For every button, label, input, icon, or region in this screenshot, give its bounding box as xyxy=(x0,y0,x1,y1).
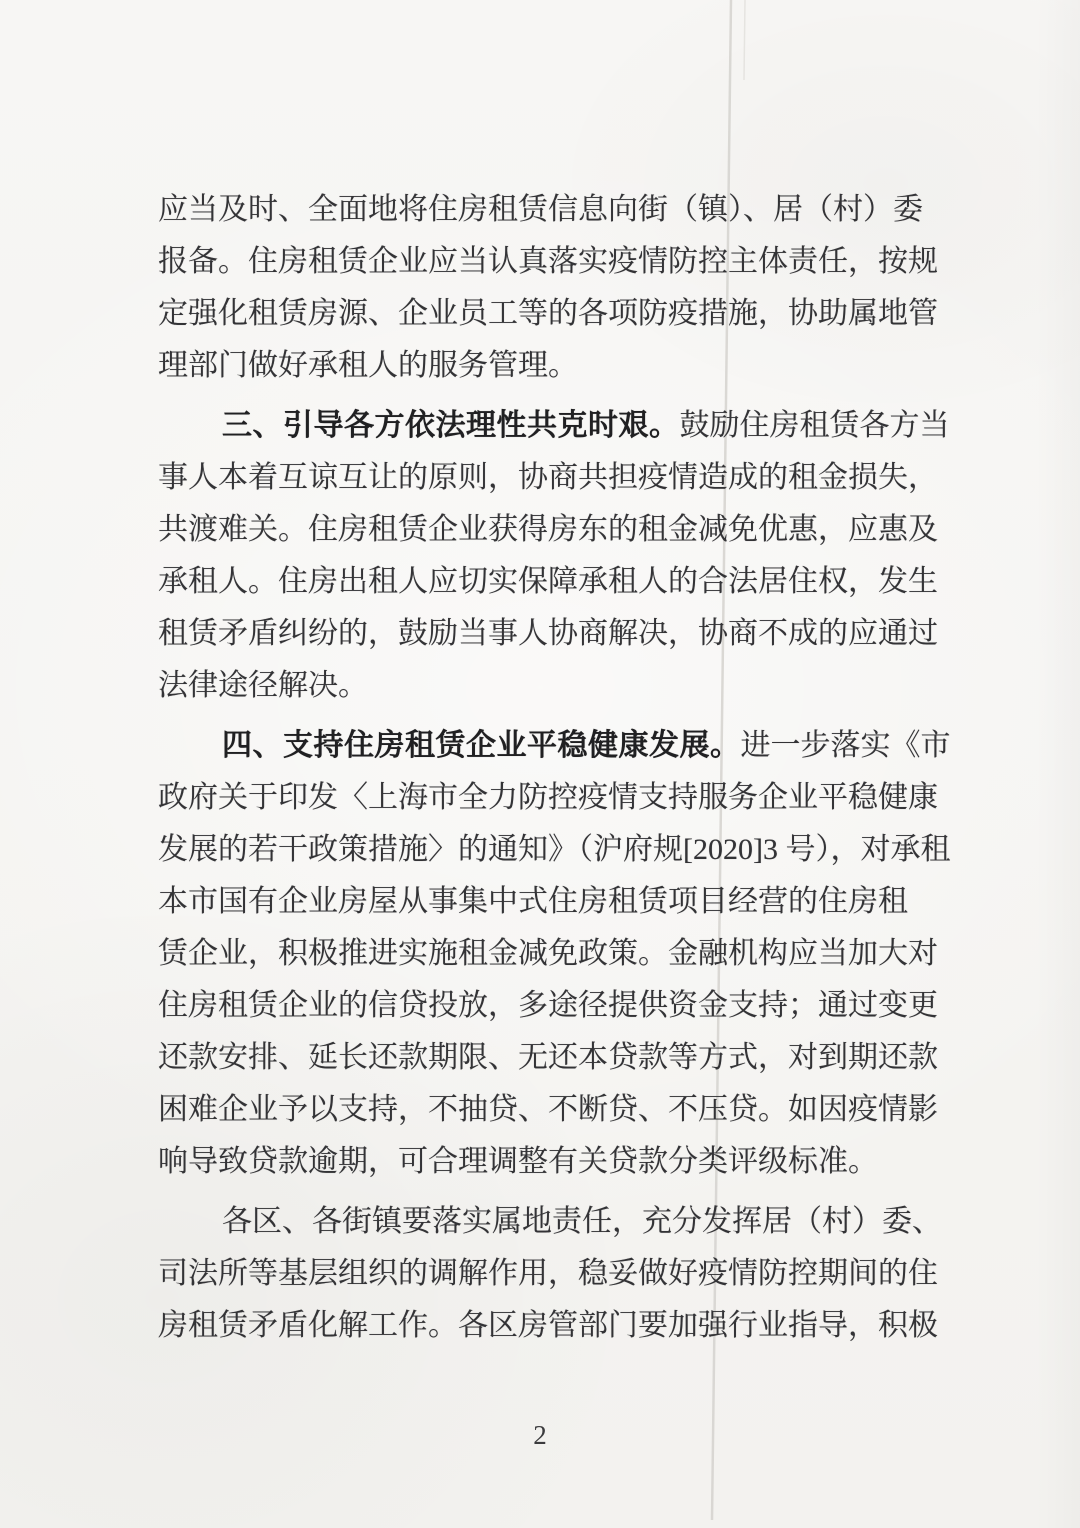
body-text: 困难企业予以支持，不抽贷、不断贷、不压贷。如因疫情影 xyxy=(158,1093,938,1126)
body-text: 理部门做好承租人的服务管理。 xyxy=(158,349,578,382)
scanned-document-page: 应当及时、全面地将住房租赁信息向街（镇）、居（村）委 报备。住房租赁企业应当认真… xyxy=(0,0,1080,1528)
body-text: 响导致贷款逾期，可合理调整有关贷款分类评级标准。 xyxy=(158,1145,878,1178)
body-text: 事人本着互谅互让的原则，协商共担疫情造成的租金损失， xyxy=(158,461,938,494)
document-line: 报备。住房租赁企业应当认真落实疫情防控主体责任，按规 xyxy=(158,236,948,288)
document-line: 法律途径解决。 xyxy=(158,660,948,712)
body-text: 共渡难关。住房租赁企业获得房东的租金减免优惠，应惠及 xyxy=(158,513,938,546)
body-text: 各区、各街镇要落实属地责任，充分发挥居（村）委、 xyxy=(222,1205,942,1238)
document-line: 共渡难关。住房租赁企业获得房东的租金减免优惠，应惠及 xyxy=(158,504,948,556)
document-line: 承租人。住房出租人应切实保障承租人的合法居住权，发生 xyxy=(158,556,948,608)
body-text: 住房租赁企业的信贷投放，多途径提供资金支持；通过变更 xyxy=(158,989,938,1022)
body-text: 政府关于印发〈上海市全力防控疫情支持服务企业平稳健康 xyxy=(158,781,938,814)
page-number: 2 xyxy=(0,1420,1080,1451)
body-text: 进一步落实《市 xyxy=(741,729,951,762)
document-line-paragraph-start: 各区、各街镇要落实属地责任，充分发挥居（村）委、 xyxy=(158,1196,948,1248)
document-line: 租赁矛盾纠纷的，鼓励当事人协商解决，协商不成的应通过 xyxy=(158,608,948,660)
heading-text: 四、支持住房租赁企业平稳健康发展。 xyxy=(222,729,741,762)
body-text: 还款安排、延长还款期限、无还本贷款等方式，对到期还款 xyxy=(158,1041,938,1074)
document-line: 司法所等基层组织的调解作用，稳妥做好疫情防控期间的住 xyxy=(158,1248,948,1300)
document-body: 应当及时、全面地将住房租赁信息向街（镇）、居（村）委 报备。住房租赁企业应当认真… xyxy=(158,184,948,1352)
document-line: 发展的若干政策措施〉的通知》（沪府规[2020]3 号），对承租 xyxy=(158,824,948,876)
document-line: 政府关于印发〈上海市全力防控疫情支持服务企业平稳健康 xyxy=(158,772,948,824)
body-text: 鼓励住房租赁各方当 xyxy=(680,409,950,442)
document-line: 困难企业予以支持，不抽贷、不断贷、不压贷。如因疫情影 xyxy=(158,1084,948,1136)
body-text: 承租人。住房出租人应切实保障承租人的合法居住权，发生 xyxy=(158,565,938,598)
body-text: 房租赁矛盾化解工作。各区房管部门要加强行业指导，积极 xyxy=(158,1309,938,1342)
document-line: 住房租赁企业的信贷投放，多途径提供资金支持；通过变更 xyxy=(158,980,948,1032)
document-line: 赁企业，积极推进实施租金减免政策。金融机构应当加大对 xyxy=(158,928,948,980)
document-line: 定强化租赁房源、企业员工等的各项防疫措施，协助属地管 xyxy=(158,288,948,340)
document-line: 理部门做好承租人的服务管理。 xyxy=(158,340,948,392)
heading-text: 三、引导各方依法理性共克时艰。 xyxy=(222,409,680,442)
document-line: 响导致贷款逾期，可合理调整有关贷款分类评级标准。 xyxy=(158,1136,948,1188)
body-text: 本市国有企业房屋从事集中式住房租赁项目经营的住房租 xyxy=(158,885,908,918)
body-text: 赁企业，积极推进实施租金减免政策。金融机构应当加大对 xyxy=(158,937,938,970)
document-line: 事人本着互谅互让的原则，协商共担疫情造成的租金损失， xyxy=(158,452,948,504)
body-text: 法律途径解决。 xyxy=(158,669,368,702)
body-text: 报备。住房租赁企业应当认真落实疫情防控主体责任，按规 xyxy=(158,245,938,278)
document-line-section-4-heading: 四、支持住房租赁企业平稳健康发展。进一步落实《市 xyxy=(158,720,948,772)
body-text: 租赁矛盾纠纷的，鼓励当事人协商解决，协商不成的应通过 xyxy=(158,617,938,650)
document-line: 本市国有企业房屋从事集中式住房租赁项目经营的住房租 xyxy=(158,876,948,928)
body-text: 应当及时、全面地将住房租赁信息向街（镇）、居（村）委 xyxy=(158,193,923,226)
document-line: 还款安排、延长还款期限、无还本贷款等方式，对到期还款 xyxy=(158,1032,948,1084)
body-text: 定强化租赁房源、企业员工等的各项防疫措施，协助属地管 xyxy=(158,297,938,330)
document-line: 房租赁矛盾化解工作。各区房管部门要加强行业指导，积极 xyxy=(158,1300,948,1352)
document-line: 应当及时、全面地将住房租赁信息向街（镇）、居（村）委 xyxy=(158,184,948,236)
body-text: 司法所等基层组织的调解作用，稳妥做好疫情防控期间的住 xyxy=(158,1257,938,1290)
document-line-section-3-heading: 三、引导各方依法理性共克时艰。鼓励住房租赁各方当 xyxy=(158,400,948,452)
body-text: 发展的若干政策措施〉的通知》（沪府规[2020]3 号），对承租 xyxy=(158,833,950,866)
